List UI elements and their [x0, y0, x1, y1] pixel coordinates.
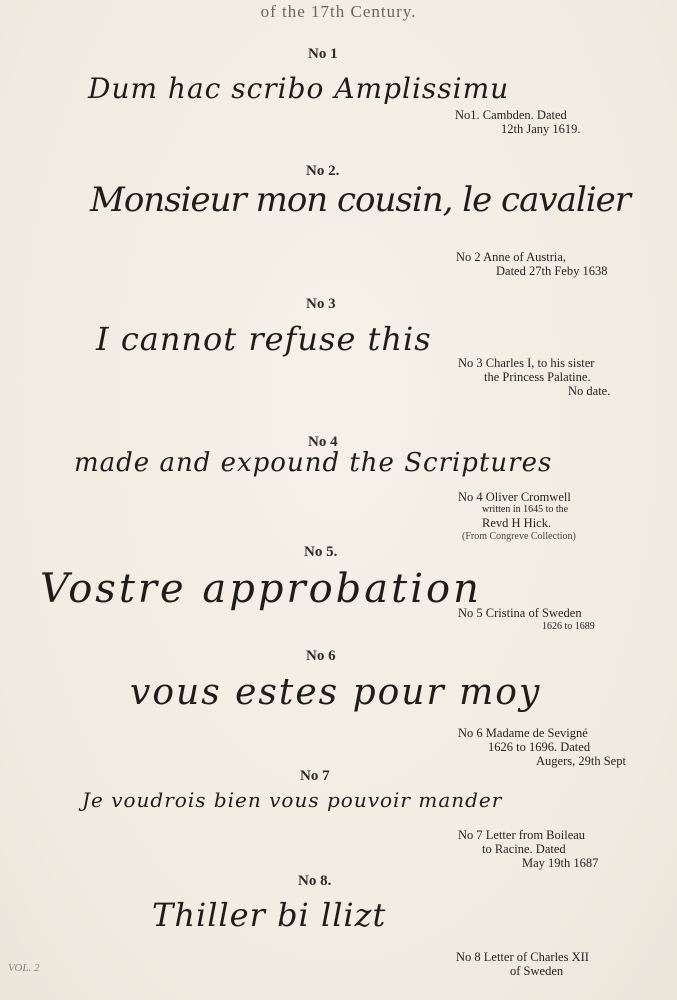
caption-line: May 19th 1687 [458, 856, 598, 870]
caption-line: to Racine. Dated [458, 842, 598, 856]
handwriting-sample: Thiller bi llizt [152, 896, 386, 934]
caption-line: No 5 Cristina of Sweden [458, 606, 595, 620]
handwriting-sample: vous estes pour moy [130, 672, 541, 713]
specimen-number: No 2. [306, 163, 339, 180]
specimen-caption: No 7 Letter from Boileau to Racine. Date… [458, 828, 598, 870]
caption-line: No 4 Oliver Cromwell [458, 490, 576, 504]
caption-line: Revd H Hick. [458, 516, 576, 530]
caption-line: the Princess Palatine. [458, 370, 610, 384]
specimen-caption: No 2 Anne of Austria, Dated 27th Feby 16… [456, 250, 607, 278]
volume-label: VOL. 2 [8, 962, 39, 974]
caption-line: written in 1645 to the [458, 504, 576, 516]
caption-line: Dated 27th Feby 1638 [456, 264, 607, 278]
handwriting-sample: Monsieur mon cousin, le cavalier [90, 180, 630, 220]
document-page: of the 17th Century. No 1 Dum hac scribo… [0, 0, 677, 1000]
specimen-caption: No1. Cambden. Dated 12th Jany 1619. [455, 108, 581, 136]
caption-line: 12th Jany 1619. [455, 122, 581, 136]
page-header: of the 17th Century. [0, 2, 677, 22]
specimen-number: No 5. [304, 544, 337, 561]
caption-line: No1. Cambden. Dated [455, 108, 581, 122]
caption-line: 1626 to 1689 [458, 620, 595, 634]
caption-line: No 2 Anne of Austria, [456, 250, 607, 264]
specimen-caption: No 8 Letter of Charles XII of Sweden [456, 950, 589, 978]
specimen-number: No 1 [308, 46, 338, 63]
specimen-number: No 7 [300, 768, 330, 785]
specimen-caption: No 6 Madame de Sevigné 1626 to 1696. Dat… [458, 726, 626, 768]
specimen-number: No 6 [306, 648, 336, 665]
handwriting-sample: Dum hac scribo Amplissimu [88, 72, 509, 105]
caption-line: 1626 to 1696. Dated [458, 740, 626, 754]
caption-line: of Sweden [456, 964, 589, 978]
handwriting-sample: Vostre approbation [40, 566, 482, 612]
handwriting-sample: made and expound the Scriptures [74, 448, 552, 478]
caption-line: No 3 Charles I, to his sister [458, 356, 610, 370]
specimen-caption: No 4 Oliver Cromwell written in 1645 to … [458, 490, 576, 543]
caption-line: No 7 Letter from Boileau [458, 828, 598, 842]
caption-line: No 8 Letter of Charles XII [456, 950, 589, 964]
specimen-caption: No 5 Cristina of Sweden 1626 to 1689 [458, 606, 595, 634]
handwriting-sample: Je voudrois bien vous pouvoir mander [82, 788, 502, 812]
caption-line: No date. [458, 384, 610, 398]
specimen-caption: No 3 Charles I, to his sister the Prince… [458, 356, 610, 398]
caption-line: (From Congreve Collection) [458, 530, 576, 543]
specimen-number: No 3 [306, 296, 336, 313]
caption-line: Augers, 29th Sept [458, 754, 626, 768]
caption-line: No 6 Madame de Sevigné [458, 726, 626, 740]
handwriting-sample: I cannot refuse this [96, 320, 432, 358]
specimen-number: No 8. [298, 873, 331, 890]
